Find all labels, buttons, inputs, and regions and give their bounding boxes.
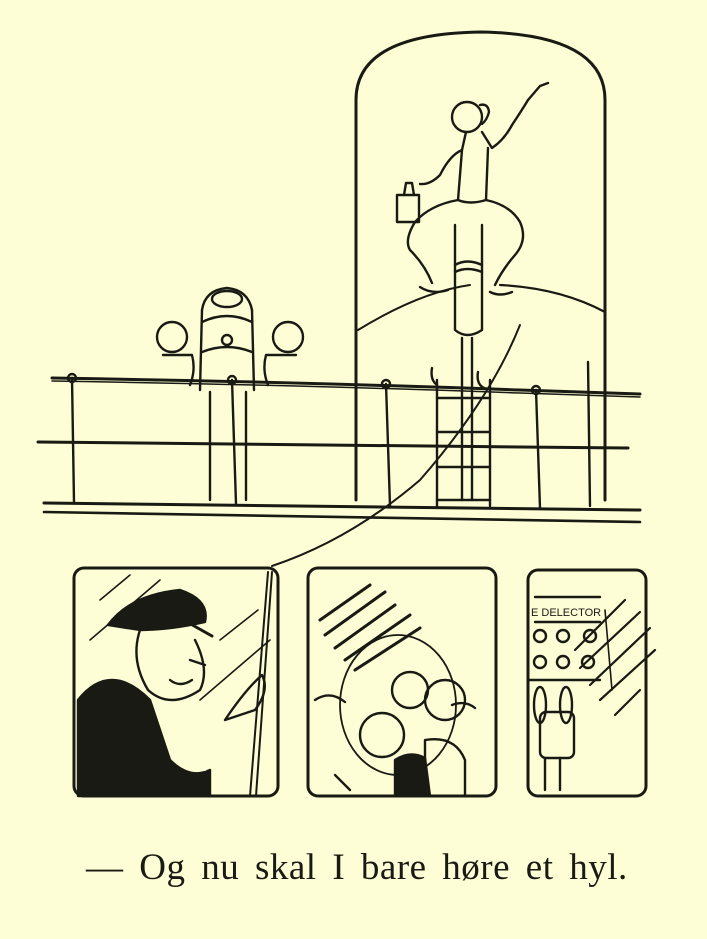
ship-lamps — [157, 288, 303, 500]
porthole-panel — [528, 570, 655, 796]
porthole-captain — [74, 568, 278, 796]
ship-railing — [38, 362, 640, 522]
mast-post — [455, 225, 482, 500]
panel-label: E DELECTOR — [531, 607, 601, 619]
porthole-children — [308, 568, 496, 796]
cartoon-illustration: E DELECTOR — [0, 0, 707, 830]
dome-outline — [356, 32, 605, 500]
cartoon-caption: — Og nu skal I bare høre et hyl. — [86, 846, 686, 889]
